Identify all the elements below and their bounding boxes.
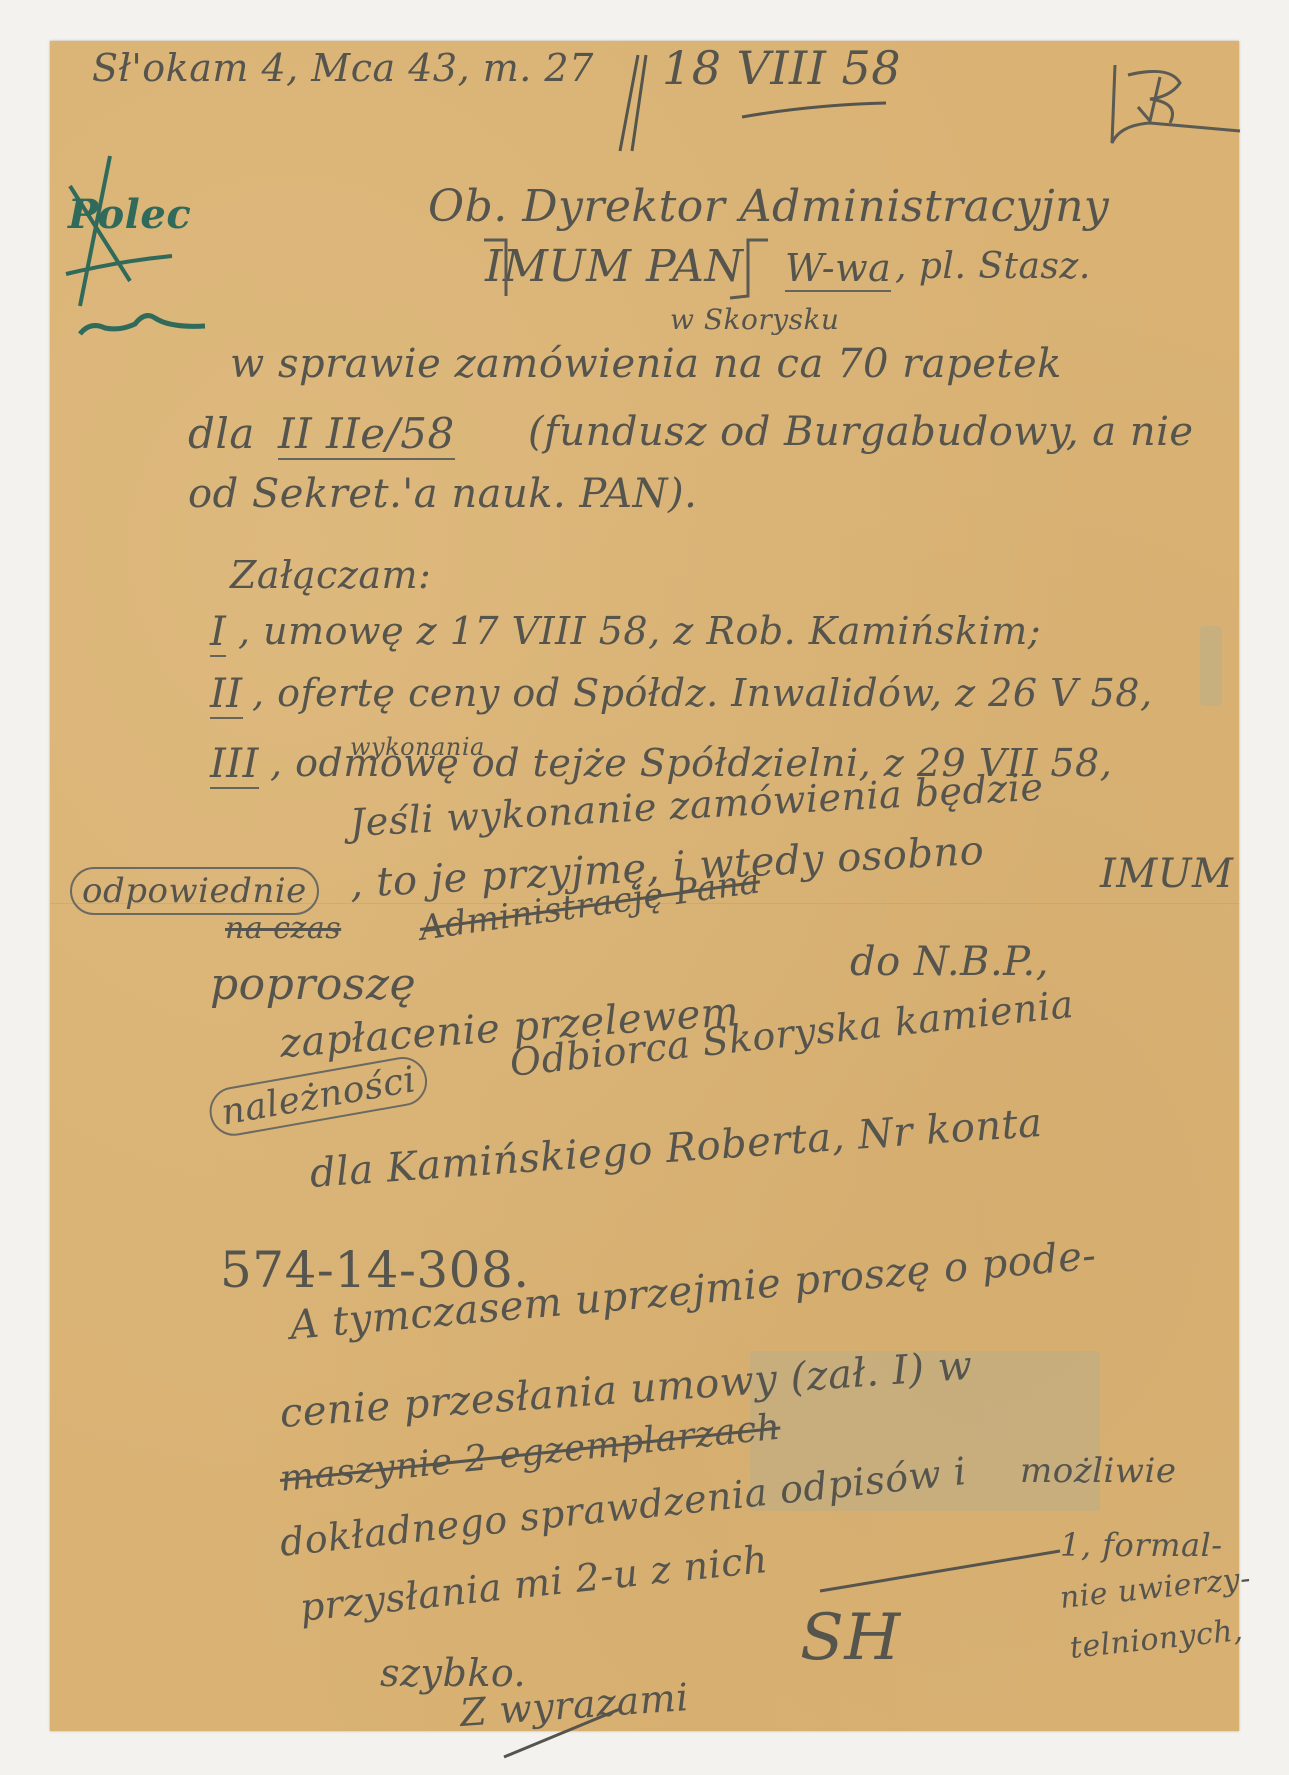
header-date: 18 VIII 58 xyxy=(662,41,901,95)
body-text: do N.B.P., xyxy=(850,939,1049,985)
attachment-item-1: I , umowę z 17 VIII 58, z Rob. Kamińskim… xyxy=(210,609,226,655)
side-note: telnionych, xyxy=(1068,1613,1245,1666)
struck-word: na czas xyxy=(225,911,341,946)
attachment-number: II xyxy=(210,671,243,719)
document-page: Sł'okam 4, Mca 43, m. 27 18 VIII 58 B Po… xyxy=(50,41,1239,1731)
subject-funding: (fundusz od Burgabudowy, a nie xyxy=(528,409,1194,455)
subject-line3: od Sekret.'a nauk. PAN). xyxy=(188,471,697,517)
faded-stamp-edge xyxy=(1200,626,1222,706)
closing-underline xyxy=(500,1701,630,1761)
subject-line2: dla II IIe/58 (fundusz od Burgabudowy, a… xyxy=(188,409,255,458)
signature: SH xyxy=(800,1601,901,1675)
attachment-text: , ofertę ceny od Spółdz. Inwalidów, z 26… xyxy=(252,671,1153,715)
addressee-line1: Ob. Dyrektor Administracyjny xyxy=(428,181,1109,232)
institution-brackets xyxy=(480,236,810,306)
attachment-item-2: II , ofertę ceny od Spółdz. Inwalidów, z… xyxy=(210,671,243,717)
street-name: , pl. Stasz. xyxy=(895,246,1091,287)
order-reference: II IIe/58 xyxy=(278,409,455,460)
attachments-heading: Załączam: xyxy=(230,553,431,597)
body-text: poproszę xyxy=(210,959,416,1010)
side-note: nie uwierzy- xyxy=(1058,1561,1252,1616)
body-text: 1, formal- xyxy=(1060,1526,1223,1564)
circled-word-odpowiednie: odpowiednie xyxy=(70,867,319,915)
header-address: Sł'okam 4, Mca 43, m. 27 xyxy=(92,46,594,90)
attachment-number: I xyxy=(210,609,226,657)
initials-mark xyxy=(1110,63,1260,163)
body-text: możliwie xyxy=(1020,1451,1176,1491)
attachment-number: III xyxy=(210,741,259,789)
institution-abbrev: IMUM xyxy=(1100,851,1233,897)
attachment-text: , umowę z 17 VIII 58, z Rob. Kamińskim; xyxy=(238,609,1041,653)
body-line-6: należności Odbiorca Skoryska kamienia xyxy=(210,1091,430,1140)
green-cross-out xyxy=(60,156,200,336)
signature-stroke xyxy=(810,1541,1070,1601)
double-slash-divider xyxy=(610,51,650,161)
subject-insertion: w Skorysku xyxy=(670,303,839,336)
body-line-3: odpowiednie na czas , to je przyjmę, i w… xyxy=(70,871,319,911)
body-line-4: poproszę Administrację Pana do N.B.P., xyxy=(210,959,416,1010)
body-text: Odbiorca Skoryska kamienia xyxy=(508,982,1076,1085)
subject-line1: w sprawie zamówienia na ca 70 rapetek xyxy=(230,341,1062,387)
subject-prefix: dla xyxy=(188,409,255,458)
initials-text: B xyxy=(1145,61,1175,107)
date-underline xyxy=(740,101,890,121)
body-p2-line-6: przysłania mi 2-u z nich 1, formal- xyxy=(300,1586,770,1630)
attachment-item-3: III , odmowę od tejże Spółdzielni, z 29 … xyxy=(210,741,259,787)
